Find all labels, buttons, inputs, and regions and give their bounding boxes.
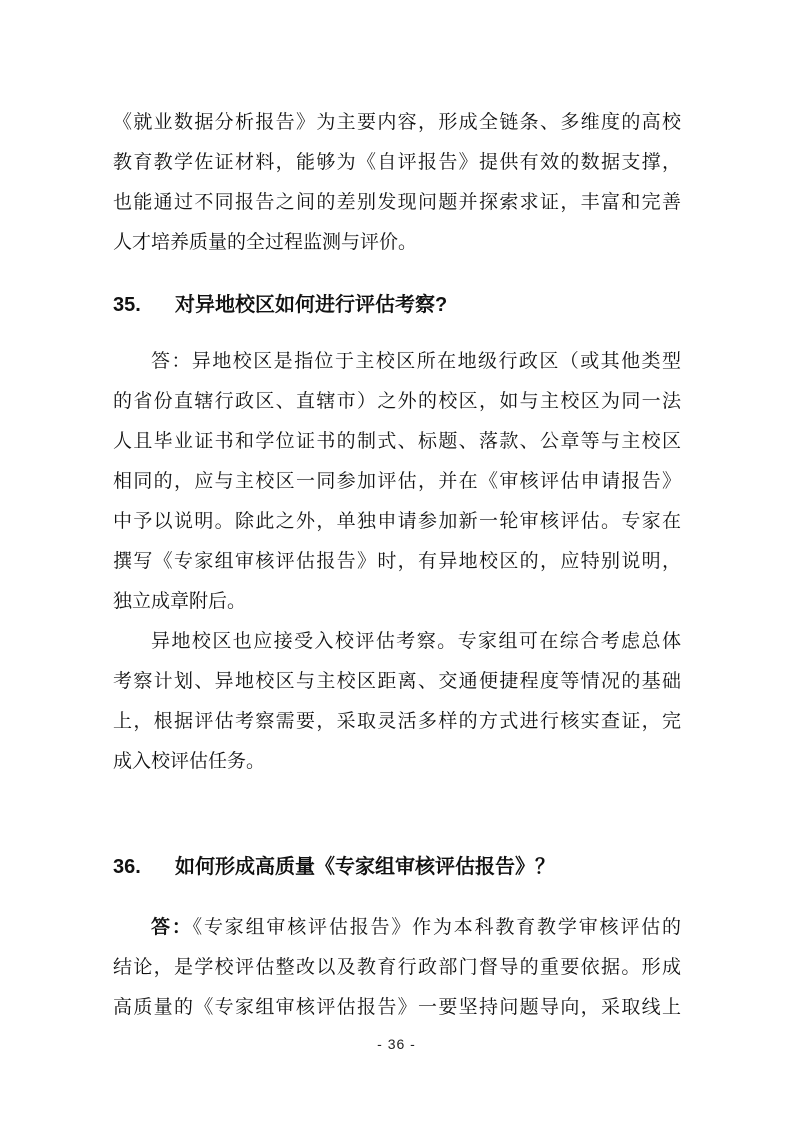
page-content: 《就业数据分析报告》为主要内容，形成全链条、多维度的高校 教育教学佐证材料，能够… xyxy=(113,103,681,1028)
text-line: 撰写《专家组审核评估报告》时，有异地校区的，应特别说明， xyxy=(113,542,681,582)
question-35-heading: 35.对异地校区如何进行评估考察? xyxy=(113,285,681,325)
answer-first-line-text: 《专家组审核评估报告》作为本科教育教学审核评估的 xyxy=(193,917,681,938)
text-line: 相同的，应与主校区一同参加评估，并在《审核评估申请报告》 xyxy=(113,462,681,502)
question-35-title: 对异地校区如何进行评估考察? xyxy=(175,294,447,316)
text-line: 答：《专家组审核评估报告》作为本科教育教学审核评估的 xyxy=(113,908,681,948)
text-line: 中予以说明。除此之外，单独申请参加新一轮审核评估。专家在 xyxy=(113,502,681,542)
question-36-heading: 36.如何形成高质量《专家组审核评估报告》？ xyxy=(113,847,681,887)
answer-35-paragraph-2: 异地校区也应接受入校评估考察。专家组可在综合考虑总体 考察计划、异地校区与主校区… xyxy=(113,622,681,782)
document-page: 《就业数据分析报告》为主要内容，形成全链条、多维度的高校 教育教学佐证材料，能够… xyxy=(0,0,793,1122)
question-36-number: 36. xyxy=(113,847,175,887)
text-line: 《就业数据分析报告》为主要内容，形成全链条、多维度的高校 xyxy=(113,103,681,143)
text-line: 答：异地校区是指位于主校区所在地级行政区（或其他类型 xyxy=(113,342,681,382)
answer-35-paragraph-1: 答：异地校区是指位于主校区所在地级行政区（或其他类型 的省份直辖行政区、直辖市）… xyxy=(113,342,681,622)
question-35-number: 35. xyxy=(113,285,175,325)
question-36-title: 如何形成高质量《专家组审核评估报告》？ xyxy=(175,856,555,878)
text-line: 考察计划、异地校区与主校区距离、交通便捷程度等情况的基础 xyxy=(113,662,681,702)
text-line: 上，根据评估考察需要，采取灵活多样的方式进行核实查证，完 xyxy=(113,702,681,742)
text-line: 人才培养质量的全过程监测与评价。 xyxy=(113,223,681,263)
text-line: 高质量的《专家组审核评估报告》一要坚持问题导向，采取线上 xyxy=(113,988,681,1028)
text-line: 人且毕业证书和学位证书的制式、标题、落款、公章等与主校区 xyxy=(113,422,681,462)
page-number: - 36 - xyxy=(0,1036,793,1052)
text-line: 教育教学佐证材料，能够为《自评报告》提供有效的数据支撑， xyxy=(113,143,681,183)
answer-36-paragraph: 答：《专家组审核评估报告》作为本科教育教学审核评估的 结论，是学校评估整改以及教… xyxy=(113,908,681,1028)
text-line: 成入校评估任务。 xyxy=(113,742,681,782)
text-line: 独立成章附后。 xyxy=(113,582,681,622)
text-line: 也能通过不同报告之间的差别发现问题并探索求证，丰富和完善 xyxy=(113,183,681,223)
answer-label: 答： xyxy=(151,917,193,938)
text-line: 结论，是学校评估整改以及教育行政部门督导的重要依据。形成 xyxy=(113,948,681,988)
text-line: 的省份直辖行政区、直辖市）之外的校区，如与主校区为同一法 xyxy=(113,382,681,422)
paragraph-intro: 《就业数据分析报告》为主要内容，形成全链条、多维度的高校 教育教学佐证材料，能够… xyxy=(113,103,681,263)
text-line: 异地校区也应接受入校评估考察。专家组可在综合考虑总体 xyxy=(113,622,681,662)
